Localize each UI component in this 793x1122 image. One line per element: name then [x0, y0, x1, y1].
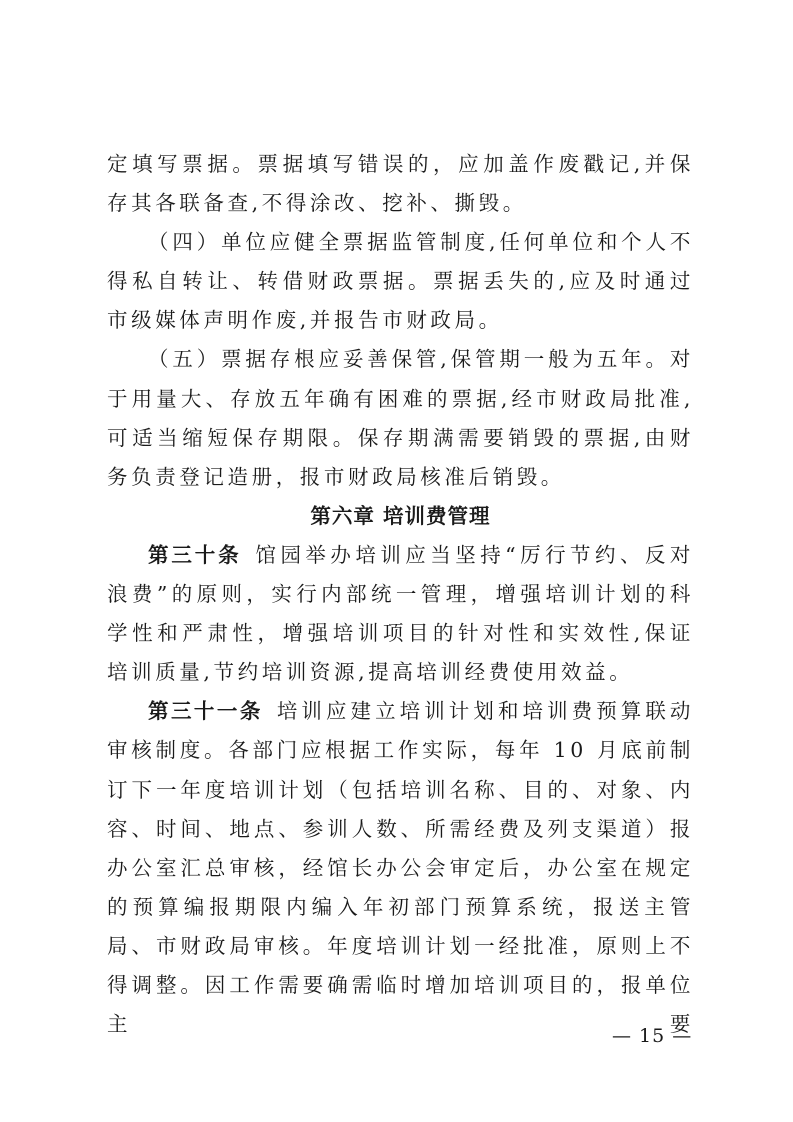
article-30: 第三十条馆园举办培训应当坚持“厉行节约、反对浪费”的原则，实行内部统一管理，增强… [107, 536, 694, 692]
article-label: 第三十一条 [148, 699, 263, 723]
article-label: 第三十条 [148, 543, 241, 567]
paragraph-continued: 定填写票据。票据填写错误的，应加盖作废戳记,并保存其各联备查,不得涂改、挖补、撕… [107, 145, 694, 223]
chapter-heading: 第六章 培训费管理 [107, 497, 694, 536]
article-text: 培训应建立培训计划和培训费预算联动审核制度。各部门应根据工作实际，每年 10 月… [107, 699, 694, 1036]
article-31: 第三十一条培训应建立培训计划和培训费预算联动审核制度。各部门应根据工作实际，每年… [107, 692, 694, 1044]
paragraph-item-four: （四）单位应健全票据监管制度,任何单位和个人不得私自转让、转借财政票据。票据丢失… [107, 223, 694, 340]
document-body: 定填写票据。票据填写错误的，应加盖作废戳记,并保存其各联备查,不得涂改、挖补、撕… [107, 145, 694, 1044]
page-number: — 15 — [612, 1025, 702, 1047]
paragraph-item-five: （五）票据存根应妥善保管,保管期一般为五年。对于用量大、存放五年确有困难的票据,… [107, 340, 694, 496]
